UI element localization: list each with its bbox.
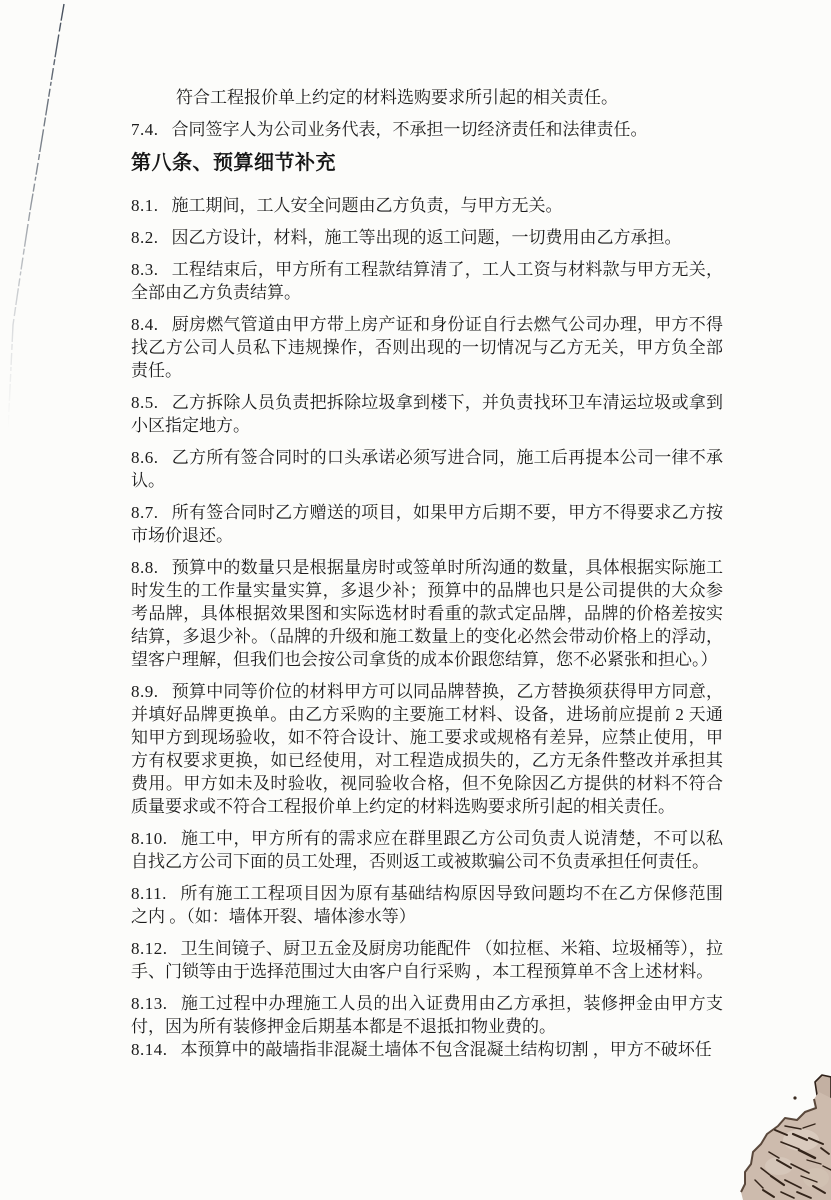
scanned-contract-page: 符合工程报价单上约定的材料选购要求所引起的相关责任。 7.4.合同签字人为公司业… bbox=[0, 0, 831, 1200]
clause-number: 8.14. bbox=[131, 1040, 168, 1059]
clause-number: 8.13. bbox=[131, 994, 168, 1013]
clause-item: 8.8.预算中的数量只是根据量房时或签单时所沟通的数量，具体根据实际施工时发生的… bbox=[131, 556, 723, 671]
clause-text: 乙方所有签合同时的口头承诺必须写进合同，施工后再提本公司一律不承认。 bbox=[131, 448, 723, 490]
clause-item: 8.10.施工中，甲方所有的需求应在群里跟乙方公司负责人说清楚，不可以私自找乙方… bbox=[131, 827, 723, 873]
clause-item: 8.2.因乙方设计，材料，施工等出现的返工问题，一切费用由乙方承担。 bbox=[131, 226, 723, 249]
clause-item: 8.13.施工过程中办理施工人员的出入证费用由乙方承担，装修押金由甲方支付，因为… bbox=[131, 992, 723, 1038]
contract-body: 符合工程报价单上约定的材料选购要求所引起的相关责任。 7.4.合同签字人为公司业… bbox=[131, 86, 723, 1061]
clause-number: 8.7. bbox=[131, 503, 159, 522]
clause-number: 8.11. bbox=[131, 884, 167, 903]
clause-text: 合同签字人为公司业务代表，不承担一切经济责任和法律责任。 bbox=[172, 120, 648, 139]
clause-text: 工程结束后，甲方所有工程款结算清了，工人工资与材料款与甲方无关，全部由乙方负责结… bbox=[131, 260, 723, 302]
clause-item: 8.9.预算中同等价位的材料甲方可以同品牌替换，乙方替换须获得甲方同意，并填好品… bbox=[131, 680, 723, 818]
clause-text: 所有签合同时乙方赠送的项目，如果甲方后期不要，甲方不得要求乙方按市场价退还。 bbox=[131, 503, 723, 545]
clause-item: 8.1.施工期间，工人安全问题由乙方负责，与甲方无关。 bbox=[131, 194, 723, 217]
clause-item: 8.5.乙方拆除人员负责把拆除垃圾拿到楼下，并负责找环卫车清运垃圾或拿到小区指定… bbox=[131, 391, 723, 437]
page-edge-crease-line bbox=[0, 0, 95, 450]
clause-text: 施工过程中办理施工人员的出入证费用由乙方承担，装修押金由甲方支付，因为所有装修押… bbox=[131, 994, 723, 1036]
clause-item: 8.3.工程结束后，甲方所有工程款结算清了，工人工资与材料款与甲方无关，全部由乙… bbox=[131, 258, 723, 304]
clause-7-3-continuation-line: 符合工程报价单上约定的材料选购要求所引起的相关责任。 bbox=[131, 86, 723, 109]
clause-number: 8.2. bbox=[131, 228, 159, 247]
clause-text: 施工中，甲方所有的需求应在群里跟乙方公司负责人说清楚，不可以私自找乙方公司下面的… bbox=[131, 829, 723, 871]
clause-number: 8.1. bbox=[131, 196, 159, 215]
clause-number: 8.10. bbox=[131, 829, 168, 848]
clause-number: 8.4. bbox=[131, 315, 159, 334]
clause-text: 因乙方设计，材料，施工等出现的返工问题，一切费用由乙方承担。 bbox=[172, 228, 682, 247]
clause-text: 所有施工工程项目因为原有基础结构原因导致问题均不在乙方保修范围之内 。（如：墙体… bbox=[131, 884, 723, 926]
clause-number: 8.8. bbox=[131, 558, 159, 577]
section-heading: 第八条、预算细节补充 bbox=[131, 150, 723, 176]
clause-7-4: 7.4.合同签字人为公司业务代表，不承担一切经济责任和法律责任。 bbox=[131, 118, 723, 141]
clause-number: 8.3. bbox=[131, 260, 159, 279]
clause-item: 8.6.乙方所有签合同时的口头承诺必须写进合同，施工后再提本公司一律不承认。 bbox=[131, 446, 723, 492]
clause-text: 预算中的数量只是根据量房时或签单时所沟通的数量，具体根据实际施工时发生的工作量实… bbox=[131, 558, 723, 669]
clause-text: 厨房燃气管道由甲方带上房产证和身份证自行去燃气公司办理，甲方不得找乙方公司人员私… bbox=[131, 315, 723, 380]
clause-number: 7.4. bbox=[131, 120, 159, 139]
clause-item: 8.7.所有签合同时乙方赠送的项目，如果甲方后期不要，甲方不得要求乙方按市场价退… bbox=[131, 501, 723, 547]
clause-text: 卫生间镜子、厨卫五金及厨房功能配件 （如拉框、米箱、垃圾桶等），拉手、门锁等由于… bbox=[131, 939, 723, 981]
paper-stain bbox=[681, 1068, 831, 1200]
clause-item: 8.4.厨房燃气管道由甲方带上房产证和身份证自行去燃气公司办理，甲方不得找乙方公… bbox=[131, 313, 723, 382]
clause-item: 8.12.卫生间镜子、厨卫五金及厨房功能配件 （如拉框、米箱、垃圾桶等），拉手、… bbox=[131, 937, 723, 983]
clause-text: 预算中同等价位的材料甲方可以同品牌替换，乙方替换须获得甲方同意，并填好品牌更换单… bbox=[131, 682, 723, 816]
clause-text: 乙方拆除人员负责把拆除垃圾拿到楼下，并负责找环卫车清运垃圾或拿到小区指定地方。 bbox=[131, 393, 723, 435]
clause-number: 8.12. bbox=[131, 939, 168, 958]
clause-text: 施工期间，工人安全问题由乙方负责，与甲方无关。 bbox=[172, 196, 563, 215]
clause-number: 8.5. bbox=[131, 393, 159, 412]
clause-list: 8.1.施工期间，工人安全问题由乙方负责，与甲方无关。 8.2.因乙方设计，材料… bbox=[131, 194, 723, 1061]
clause-item: 8.11.所有施工工程项目因为原有基础结构原因导致问题均不在乙方保修范围之内 。… bbox=[131, 882, 723, 928]
clause-text: 本预算中的敲墙指非混凝土墙体不包含混凝土结构切割 ，甲方不破坏任 bbox=[181, 1040, 712, 1059]
clause-number: 8.9. bbox=[131, 682, 159, 701]
clause-number: 8.6. bbox=[131, 448, 159, 467]
clause-item: 8.14.本预算中的敲墙指非混凝土墙体不包含混凝土结构切割 ，甲方不破坏任 bbox=[131, 1038, 723, 1061]
